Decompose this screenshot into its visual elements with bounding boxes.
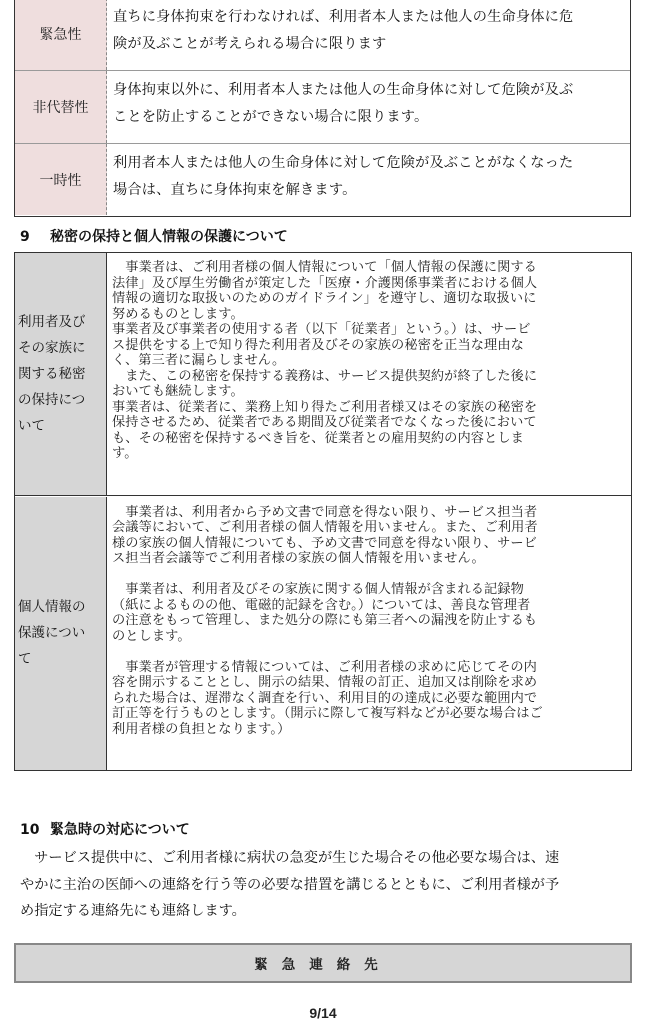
text-line: 場合は、直ちに身体拘束を解きます。 (113, 177, 630, 204)
table-row: 利用者及び その家族に 関する秘密 の保持につ いて 事業者は、ご利用者様の個人… (15, 253, 631, 496)
text-line: 保持させるため、従業者である期間及び従業者でなくなった後において (112, 415, 627, 431)
text-line: 事業者は、利用者及びその家族に関する個人情報が含まれる記録物 (112, 582, 627, 598)
table-row: 非代替性 身体拘束以外に、利用者本人または他人の生命身体に対して危険が及ぶ こと… (15, 71, 630, 144)
text-line: 身体拘束以外に、利用者本人または他人の生命身体に対して危険が及ぶ (113, 77, 630, 104)
text-line: 情報の適切な取扱いのためのガイドライン」を遵守し、適切な取扱いに (112, 291, 627, 307)
text-line: また、この秘密を保持する義務は、サービス提供契約が終了した後に (112, 369, 627, 385)
row-text: 身体拘束以外に、利用者本人または他人の生命身体に対して危険が及ぶ ことを防止する… (107, 71, 630, 143)
section-number: 10 (20, 822, 50, 838)
text-line: やかに主治の医師への連絡を行う等の必要な措置を講じるとともに、ご利用者様が予 (20, 872, 630, 899)
label-line: 個人情報の (18, 594, 86, 620)
row-text: 直ちに身体拘束を行わなければ、利用者本人または他人の生命身体に危 険が及ぶことが… (107, 0, 630, 70)
text-line: 事業者は、従業者に、業務上知り得たご利用者様又はその家族の秘密を (112, 400, 627, 416)
page-number: 9/14 (0, 1005, 646, 1021)
text-line: も、その秘密を保持するべき旨を、従業者との雇用契約の内容としま (112, 431, 627, 447)
text-line: られた場合は、遅滞なく調査を行い、利用目的の達成に必要な範囲内で (112, 691, 627, 707)
privacy-table: 利用者及び その家族に 関する秘密 の保持につ いて 事業者は、ご利用者様の個人… (14, 252, 632, 771)
row-label: 一時性 (15, 144, 107, 215)
text-line: 利用者本人または他人の生命身体に対して危険が及ぶことがなくなった (113, 150, 630, 177)
paragraph-gap (112, 567, 627, 583)
section-10-paragraph: サービス提供中に、ご利用者様に病状の急変が生じた場合その他必要な場合は、速 やか… (20, 845, 630, 925)
row-text: 利用者本人または他人の生命身体に対して危険が及ぶことがなくなった 場合は、直ちに… (107, 144, 630, 215)
section-title: 緊急時の対応について (50, 822, 190, 838)
text-line: （紙によるものの他、電磁的記録を含む。）については、善良な管理者 (112, 598, 627, 614)
table-row: 個人情報の 保護につい て 事業者は、利用者から予め文書で同意を得ない限り、サー… (15, 497, 631, 770)
label-line: の保持につ (18, 387, 86, 413)
label-line: 保護につい (18, 620, 86, 646)
text-line: 事業者は、利用者から予め文書で同意を得ない限り、サービス担当者 (112, 505, 627, 521)
row-text: 事業者は、利用者から予め文書で同意を得ない限り、サービス担当者 会議等において、… (107, 497, 631, 770)
text-line: め指定する連絡先にも連絡します。 (20, 898, 630, 925)
row-label: 個人情報の 保護につい て (15, 497, 107, 770)
text-line: 訂正等を行うものとします。（開示に際して複写料などが必要な場合はご (112, 706, 627, 722)
label-line: その家族に (18, 335, 86, 361)
section-title: 秘密の保持と個人情報の保護について (50, 229, 288, 245)
text-line: す。 (112, 446, 627, 462)
label-line: 利用者及び (18, 309, 86, 335)
label-line: て (18, 646, 86, 672)
section-number: 9 (20, 229, 50, 245)
section-9-heading: 9秘密の保持と個人情報の保護について (20, 226, 288, 246)
text-line: サービス提供中に、ご利用者様に病状の急変が生じた場合その他必要な場合は、速 (20, 845, 630, 872)
text-line: 利用者様の負担となります。） (112, 722, 627, 738)
text-line: 努めるものとします。 (112, 307, 627, 323)
emergency-contact-header: 緊急連絡先 (14, 943, 632, 983)
text-line: ス提供をする上で知り得た利用者及びその家族の秘密を正当な理由な (112, 338, 627, 354)
text-line: く、第三者に漏らしません。 (112, 353, 627, 369)
text-line: 直ちに身体拘束を行わなければ、利用者本人または他人の生命身体に危 (113, 4, 630, 31)
text-line: 容を開示することとし、開示の結果、情報の訂正、追加又は削除を求め (112, 675, 627, 691)
text-line: のとします。 (112, 629, 627, 645)
text-line: ことを防止することができない場合に限ります。 (113, 104, 630, 131)
label-line: いて (18, 413, 86, 439)
text-line: 険が及ぶことが考えられる場合に限ります (113, 31, 630, 58)
text-line: 会議等において、ご利用者様の個人情報を用いません。また、ご利用者 (112, 520, 627, 536)
restraint-conditions-table: 緊急性 直ちに身体拘束を行わなければ、利用者本人または他人の生命身体に危 険が及… (14, 0, 631, 217)
emergency-contact-label: 緊急連絡先 (254, 953, 392, 973)
text-line: 事業者が管理する情報については、ご利用者様の求めに応じてその内 (112, 660, 627, 676)
paragraph-gap (112, 644, 627, 660)
label-line: 関する秘密 (18, 361, 86, 387)
table-row: 緊急性 直ちに身体拘束を行わなければ、利用者本人または他人の生命身体に危 険が及… (15, 0, 630, 71)
section-10-heading: 10緊急時の対応について (20, 819, 190, 839)
text-line: 事業者は、ご利用者様の個人情報について「個人情報の保護に関する (112, 260, 627, 276)
text-line: 様の家族の個人情報についても、予め文書で同意を得ない限り、サービ (112, 536, 627, 552)
row-label: 緊急性 (15, 0, 107, 70)
row-text: 事業者は、ご利用者様の個人情報について「個人情報の保護に関する 法律」及び厚生労… (107, 253, 631, 495)
text-line: ス担当者会議等でご利用者様の家族の個人情報を用いません。 (112, 551, 627, 567)
text-line: 法律」及び厚生労働省が策定した「医療・介護関係事業者における個人 (112, 276, 627, 292)
table-row: 一時性 利用者本人または他人の生命身体に対して危険が及ぶことがなくなった 場合は… (15, 144, 630, 215)
row-label: 利用者及び その家族に 関する秘密 の保持につ いて (15, 253, 107, 495)
row-label: 非代替性 (15, 71, 107, 143)
text-line: の注意をもって管理し、また処分の際にも第三者への漏洩を防止するも (112, 613, 627, 629)
text-line: 事業者及び事業者の使用する者（以下「従業者」という。）は、サービ (112, 322, 627, 338)
text-line: おいても継続します。 (112, 384, 627, 400)
